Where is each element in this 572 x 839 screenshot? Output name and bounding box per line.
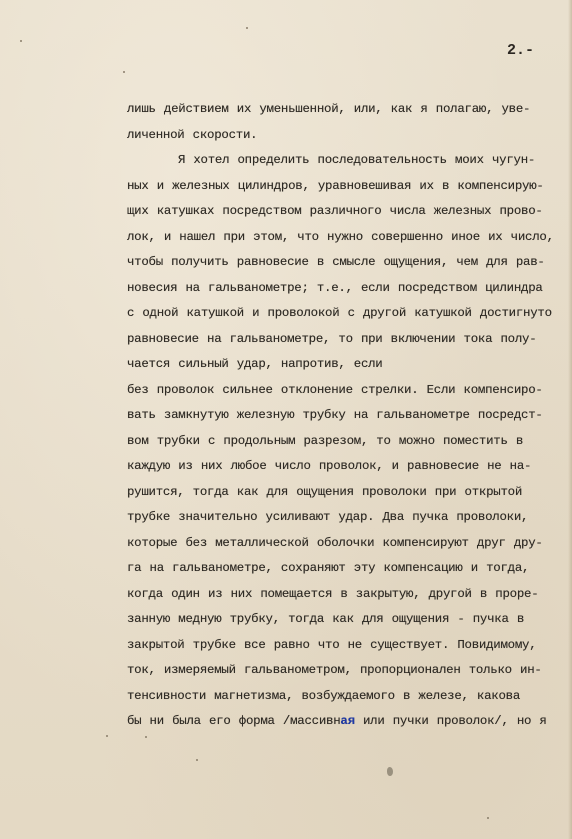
text-line-13: вать замкнутую железную трубку на гальва… bbox=[127, 403, 557, 429]
text-line-4: ных и железных цилиндров, уравновешивая … bbox=[127, 174, 557, 200]
paper-speck bbox=[123, 71, 125, 73]
text-line-8: новесия на гальванометре; т.е., если пос… bbox=[127, 276, 557, 302]
text-line-14: вом трубки с продольным разрезом, то мож… bbox=[127, 429, 557, 455]
text-line-2: личенной скорости. bbox=[127, 123, 557, 149]
text-line-24: тенсивности магнетизма, возбуждаемого в … bbox=[127, 684, 557, 710]
text-line-15: каждую из них любое число проволок, и ра… bbox=[127, 454, 557, 480]
text-line-12: без проволок сильнее отклонение стрелки.… bbox=[127, 378, 557, 404]
text-line-7: чтобы получить равновесие в смысле ощуще… bbox=[127, 250, 557, 276]
paper-speck bbox=[20, 40, 22, 42]
text-line-1: лишь действием их уменьшенной, или, как … bbox=[127, 97, 557, 123]
handwritten-correction: ая bbox=[340, 714, 354, 728]
typewritten-body: лишь действием их уменьшенной, или, как … bbox=[127, 97, 557, 735]
text-line-10: равновесие на гальванометре, то при вклю… bbox=[127, 327, 557, 353]
paper-speck bbox=[145, 736, 147, 738]
text-line-9: с одной катушкой и проволокой с другой к… bbox=[127, 301, 557, 327]
document-page: 2.- лишь действием их уменьшенной, или, … bbox=[0, 0, 572, 839]
page-number: 2.- bbox=[507, 42, 534, 59]
paper-speck bbox=[196, 759, 198, 761]
text-line-last: бы ни была его форма /массивная или пучк… bbox=[127, 709, 557, 735]
paper-speck bbox=[246, 27, 248, 29]
text-line-11: чается сильный удар, напротив, если bbox=[127, 352, 557, 378]
last-line-before-correction: бы ни была его форма /массивн bbox=[127, 714, 340, 728]
text-line-5: щих катушках посредством различного числ… bbox=[127, 199, 557, 225]
text-line-17: трубке значительно усиливают удар. Два п… bbox=[127, 505, 557, 531]
text-line-20: когда один из них помещается в закрытую,… bbox=[127, 582, 557, 608]
text-line-21: занную медную трубку, тогда как для ощущ… bbox=[127, 607, 557, 633]
last-line-after-correction: или пучки проволок/, но я bbox=[355, 714, 547, 728]
text-line-18: которые без металлической оболочки компе… bbox=[127, 531, 557, 557]
paper-speck bbox=[487, 817, 489, 819]
paper-speck bbox=[106, 735, 108, 737]
text-line-19: га на гальванометре, сохраняют эту компе… bbox=[127, 556, 557, 582]
text-line-6: лок, и нашел при этом, что нужно соверше… bbox=[127, 225, 557, 251]
text-line-22: закрытой трубке все равно что не существ… bbox=[127, 633, 557, 659]
paragraph-start-line: Я хотел определить последовательность мо… bbox=[127, 148, 557, 174]
ink-blot bbox=[387, 767, 393, 776]
text-line-16: рушится, тогда как для ощущения проволок… bbox=[127, 480, 557, 506]
text-line-23: ток, измеряемый гальванометром, пропорци… bbox=[127, 658, 557, 684]
